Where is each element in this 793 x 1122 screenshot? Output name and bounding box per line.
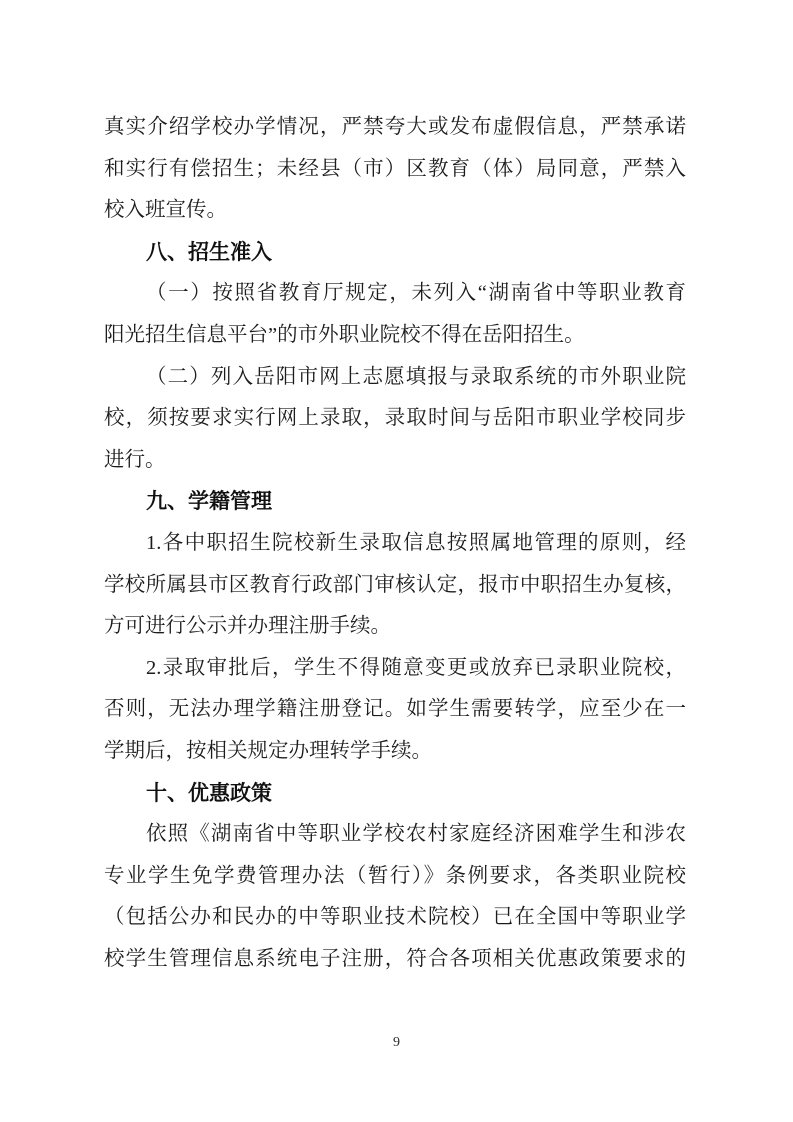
section-heading: 九、学籍管理 — [104, 481, 686, 523]
body-line: 阳光招生信息平台”的市外职业院校不得在岳阳招生。 — [104, 315, 686, 357]
body-line: 学校所属县市区教育行政部门审核认定，报市中职招生办复核， — [104, 565, 686, 607]
page-number: 9 — [0, 1033, 793, 1053]
page-content: 真实介绍学校办学情况，严禁夸大或发布虚假信息，严禁承诺 和实行有偿招生；未经县（… — [104, 107, 686, 980]
document-page: 真实介绍学校办学情况，严禁夸大或发布虚假信息，严禁承诺 和实行有偿招生；未经县（… — [0, 0, 793, 1122]
body-line: 2.录取审批后，学生不得随意变更或放弃已录职业院校， — [104, 648, 686, 690]
body-line: 真实介绍学校办学情况，严禁夸大或发布虚假信息，严禁承诺 — [104, 107, 686, 149]
body-line: 校学生管理信息系统电子注册，符合各项相关优惠政策要求的 — [104, 939, 686, 981]
body-line: 学期后，按相关规定办理转学手续。 — [104, 731, 686, 773]
body-line: 专业学生免学费管理办法（暂行）》条例要求，各类职业院校 — [104, 856, 686, 898]
section-heading: 八、招生准入 — [104, 232, 686, 274]
body-line: 1.各中职招生院校新生录取信息按照属地管理的原则，经 — [104, 523, 686, 565]
body-line: （包括公办和民办的中等职业技术院校）已在全国中等职业学 — [104, 897, 686, 939]
body-line: 方可进行公示并办理注册手续。 — [104, 606, 686, 648]
body-line: 进行。 — [104, 440, 686, 482]
body-line: （二）列入岳阳市网上志愿填报与录取系统的市外职业院 — [104, 357, 686, 399]
body-line: 校入班宣传。 — [104, 190, 686, 232]
body-line: 否则，无法办理学籍注册登记。如学生需要转学，应至少在一 — [104, 689, 686, 731]
body-line: 和实行有偿招生；未经县（市）区教育（体）局同意，严禁入 — [104, 149, 686, 191]
section-heading: 十、优惠政策 — [104, 773, 686, 815]
body-line: 校，须按要求实行网上录取，录取时间与岳阳市职业学校同步 — [104, 398, 686, 440]
body-line: （一）按照省教育厅规定，未列入“湖南省中等职业教育 — [104, 273, 686, 315]
body-line: 依照《湖南省中等职业学校农村家庭经济困难学生和涉农 — [104, 814, 686, 856]
